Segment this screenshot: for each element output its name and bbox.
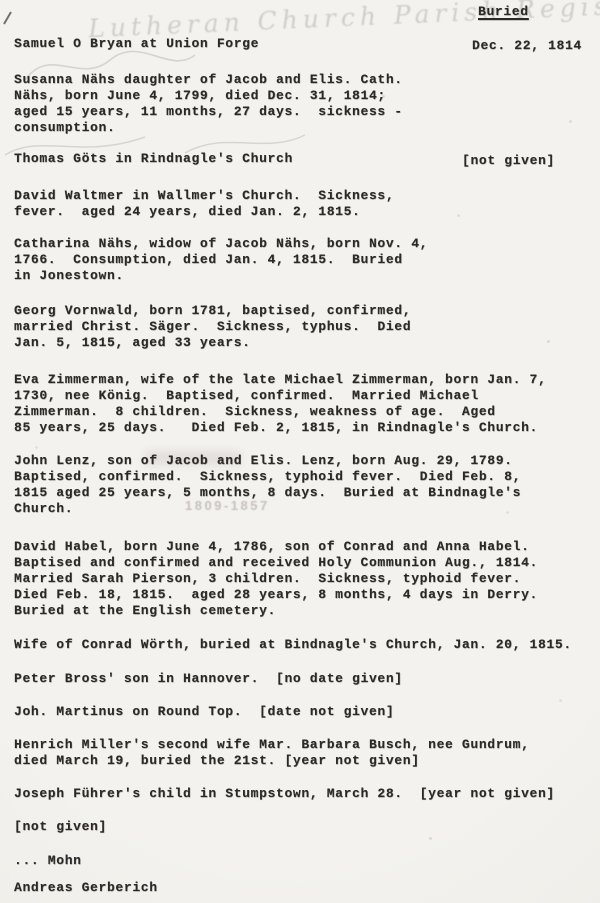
- record-text: Andreas Gerberich: [14, 880, 158, 895]
- burial-record: Eva Zimmerman, wife of the late Michael …: [14, 372, 546, 436]
- burial-record: Wife of Conrad Wörth, buried at Bindnagl…: [14, 637, 572, 653]
- burial-date: Dec. 22, 1814: [472, 38, 582, 54]
- burial-record: Thomas Göts in Rindnagle's Church[not gi…: [14, 151, 293, 167]
- burial-record: Peter Bross' son in Hannover. [no date g…: [14, 671, 403, 687]
- burial-record: Catharina Nähs, widow of Jacob Nähs, bor…: [14, 236, 428, 284]
- record-text: Wife of Conrad Wörth, buried at Bindnagl…: [14, 637, 572, 652]
- burial-date: [not given]: [462, 153, 555, 169]
- record-text: ... Mohn: [14, 853, 82, 868]
- burial-record: John Lenz, son of Jacob and Elis. Lenz, …: [14, 453, 521, 517]
- record-text: Susanna Nähs daughter of Jacob and Elis.…: [14, 72, 403, 135]
- record-text: Henrich Miller's second wife Mar. Barbar…: [14, 737, 530, 768]
- burial-record: Andreas Gerberich: [14, 880, 158, 896]
- record-text: David Habel, born June 4, 1786, son of C…: [14, 539, 538, 618]
- burial-record: Joseph Führer's child in Stumpstown, Mar…: [14, 786, 555, 802]
- record-text: Eva Zimmerman, wife of the late Michael …: [14, 372, 546, 435]
- burial-record: Georg Vornwald, born 1781, baptised, con…: [14, 303, 411, 351]
- buried-column-header: Buried: [478, 4, 529, 20]
- paper-specks: [0, 0, 1, 1]
- record-text: David Waltmer in Wallmer's Church. Sickn…: [14, 188, 394, 219]
- record-text: Catharina Nähs, widow of Jacob Nähs, bor…: [14, 236, 428, 283]
- record-text: Peter Bross' son in Hannover. [no date g…: [14, 671, 403, 686]
- burial-record: Joh. Martinus on Round Top. [date not gi…: [14, 704, 394, 720]
- scanned-burial-register-page: Lutheran Church Parish Register 1809-185…: [0, 0, 600, 903]
- record-text: Samuel O Bryan at Union Forge: [14, 36, 259, 51]
- burial-record: David Habel, born June 4, 1786, son of C…: [14, 539, 538, 619]
- record-text: Georg Vornwald, born 1781, baptised, con…: [14, 303, 411, 350]
- burial-record: [not given]: [14, 819, 107, 835]
- record-text: Joseph Führer's child in Stumpstown, Mar…: [14, 786, 555, 801]
- burial-record: David Waltmer in Wallmer's Church. Sickn…: [14, 188, 394, 220]
- burial-record: Samuel O Bryan at Union ForgeDec. 22, 18…: [14, 36, 259, 52]
- ink-mark: [2, 10, 14, 26]
- record-text: John Lenz, son of Jacob and Elis. Lenz, …: [14, 453, 521, 516]
- record-text: Thomas Göts in Rindnagle's Church: [14, 151, 293, 166]
- burial-record: ... Mohn: [14, 853, 82, 869]
- record-text: [not given]: [14, 819, 107, 834]
- burial-record: Henrich Miller's second wife Mar. Barbar…: [14, 737, 530, 769]
- burial-record: Susanna Nähs daughter of Jacob and Elis.…: [14, 72, 403, 136]
- record-text: Joh. Martinus on Round Top. [date not gi…: [14, 704, 394, 719]
